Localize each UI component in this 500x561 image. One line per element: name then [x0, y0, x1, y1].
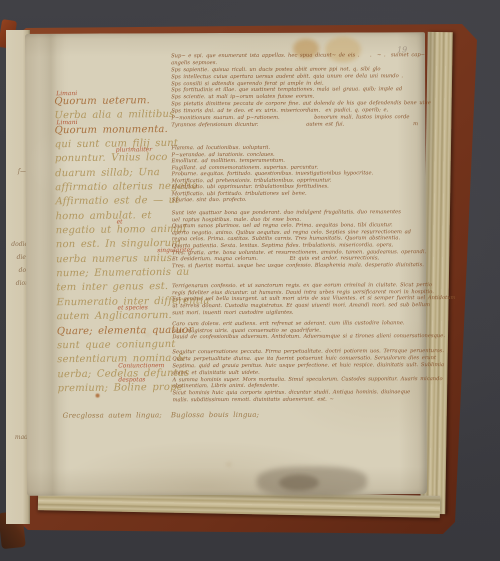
manuscript-line: Tres. si fuerint mortui. usque hec usque… — [172, 262, 424, 270]
foxing-spot — [227, 463, 231, 466]
manuscript-line: Sup~ e spi. que enumerant ista appellas.… — [171, 52, 423, 60]
line-text: nume; Enumerationis au — [56, 267, 189, 280]
interlinear-gloss: plurimaliter — [116, 148, 152, 154]
manuscript-line: Septima. quid ad grauia penitus. huic us… — [172, 362, 424, 370]
text-paragraph-3: Sunt iste quattuor bona que ponderant. d… — [172, 209, 424, 269]
line-text: ponuntur. Vnius loco — [55, 152, 168, 164]
manuscript-line: ut terrens donant. Custodia magistratus.… — [172, 302, 424, 310]
manuscript-line: malis. subditissimum remoti. diuinitatis… — [173, 396, 425, 404]
manuscript-line: sunt mori. inuenti mori custodire uigila… — [172, 309, 424, 317]
line-text: Affirmatio est de — ut — [55, 195, 179, 207]
text-paragraph-5: Caro cum dolens. erit audiens. erit refr… — [172, 320, 424, 341]
facing-page-text-fragment: do, — [6, 267, 28, 274]
interlinear-gloss: Coniunctionem — [118, 363, 164, 370]
facing-page-text-fragment: dior — [6, 280, 28, 287]
facing-page-text-fragment: dodie — [6, 241, 28, 248]
interlinear-gloss: despotas — [118, 377, 145, 383]
manuscript-line: Dauid de confessionibus aduersum. Antido… — [172, 334, 424, 342]
manuscript-page: 19 LimaniQuorum ueterum.Uerba alia a mil… — [25, 32, 427, 496]
text-paragraph-2: Flamma. ad locutionibus. uoluptarii.P~ue… — [171, 144, 423, 204]
manuscript-line: Spuriae. sint duo. profecto. — [172, 196, 424, 204]
line-text: premium; Boline prope — [57, 382, 182, 394]
line-text: autem Anglicanorum. — [57, 310, 172, 322]
smudge-bottom-core — [279, 475, 319, 491]
interlinear-gloss: et species — [117, 305, 147, 311]
line-text: sunt quae coniungunt — [57, 339, 176, 351]
text-paragraph-1: Sup~ e spi. que enumerant ista appellas.… — [171, 52, 423, 129]
facing-page-text-fragment: die; — [6, 254, 28, 261]
facing-page-text-fragment: mad — [6, 434, 28, 441]
bottom-gloss-line: Grecglossa autem lingua; Buglossa bouis … — [63, 411, 260, 420]
interlinear-gloss: Limani — [56, 120, 77, 126]
line-text: homo ambulat. et — [56, 210, 152, 222]
line-text: duarum sillab; Una — [55, 167, 160, 179]
manuscript-photo: ſ—. dodie die; do, dior mad 19 LimaniQuo… — [0, 0, 500, 561]
line-text: uerba numerus unius — [56, 253, 172, 265]
text-paragraph-4: Terrigenarum confessio. et ui sanctorum … — [172, 282, 424, 317]
line-text: tem inter genus est. — [56, 281, 168, 293]
line-text: negatio ut homo animal — [56, 224, 187, 236]
text-paragraph-6: Sequitur conuersationes peccata. Firma p… — [172, 348, 424, 404]
manuscript-line: Tyrannos defensionum dicuntur. autem est… — [171, 121, 423, 129]
manuscript-line: Sps intellectus cuius apertura uersus au… — [171, 73, 423, 81]
interlinear-gloss: Limani — [56, 91, 77, 97]
interlinear-gloss: et — [117, 220, 123, 226]
